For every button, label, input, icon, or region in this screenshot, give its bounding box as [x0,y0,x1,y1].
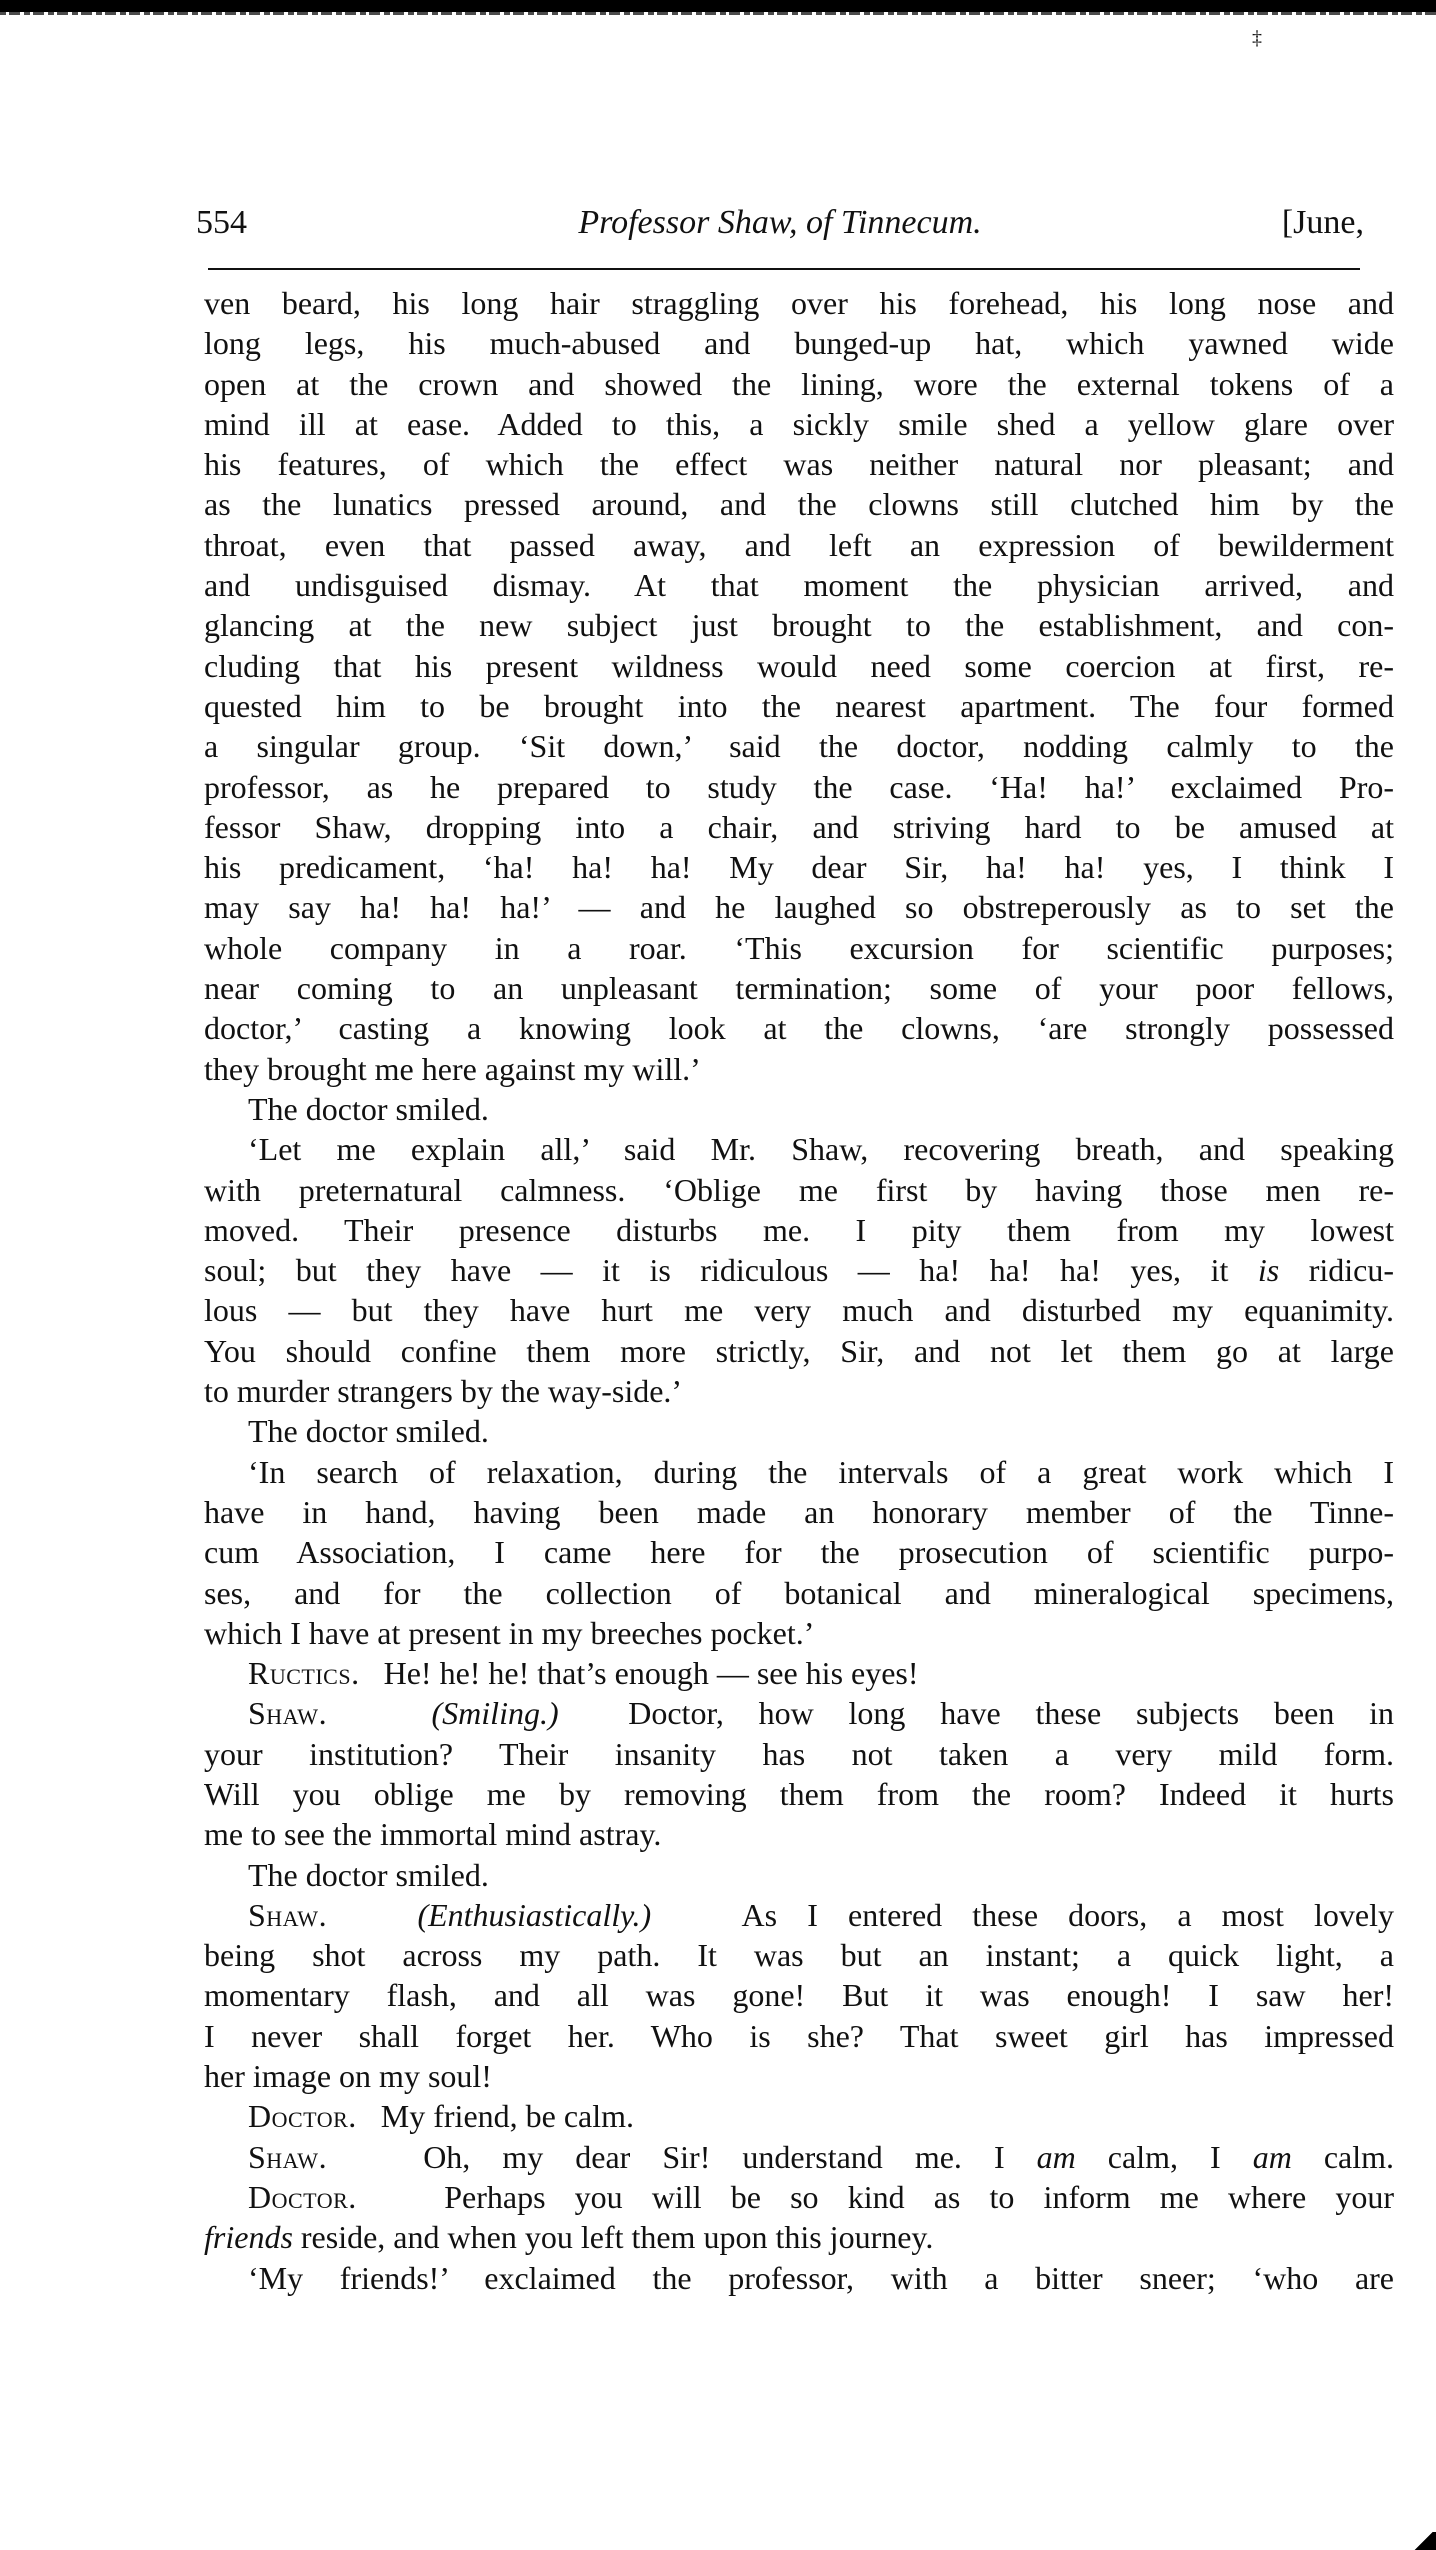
text-run: calm, I [1076,2139,1253,2175]
text-line: The doctor smiled. [204,1855,1394,1895]
text-line: as the lunatics pressed around, and the … [204,484,1394,524]
text-line: cum Association, I came here for the pro… [204,1532,1394,1572]
text-line: his features, of which the effect was ne… [204,444,1394,484]
italic-run: friends [204,2219,293,2255]
text-line: ‘Let me explain all,’ said Mr. Shaw, rec… [204,1129,1394,1169]
text-line: Shaw. (Enthusiastically.) As I entered t… [204,1895,1394,1935]
italic-run: am [1253,2139,1292,2175]
text-line: lous — but they have hurt me very much a… [204,1290,1394,1330]
running-title: Professor Shaw, of Tinnecum. [196,204,1364,242]
text-line: whole company in a roar. ‘This excursion… [204,928,1394,968]
text-run: My friend, be calm. [381,2098,634,2134]
text-line: being shot across my path. It was but an… [204,1935,1394,1975]
running-month: [June, [1282,204,1364,242]
text-run: reside, and when you left them upon this… [293,2219,933,2255]
text-run: Doctor, how long have these subjects bee… [628,1695,1394,1731]
speaker-label: Shaw. [248,1695,327,1731]
text-line: Doctor. My friend, be calm. [204,2096,1394,2136]
text-line: mind ill at ease. Added to this, a sickl… [204,404,1394,444]
stage-direction: (Enthusiastically.) [417,1897,651,1933]
text-line: may say ha! ha! ha!’ — and he laughed so… [204,887,1394,927]
speaker-label: Shaw. [248,2139,327,2175]
text-run: soul; but they have — it is ridiculous —… [204,1252,1258,1288]
scan-top-edge [0,0,1436,12]
text-line: near coming to an unpleasant termination… [204,968,1394,1008]
italic-run: is [1258,1252,1279,1288]
text-line: You should confine them more strictly, S… [204,1331,1394,1371]
text-line: The doctor smiled. [204,1089,1394,1129]
text-line: cluding that his present wildness would … [204,646,1394,686]
stage-direction: (Smiling.) [432,1695,559,1731]
text-line: me to see the immortal mind astray. [204,1814,1394,1854]
text-line: which I have at present in my breeches p… [204,1613,1394,1653]
speaker-label: Shaw. [248,1897,327,1933]
text-line: ‘In search of relaxation, during the int… [204,1452,1394,1492]
text-line: Will you oblige me by removing them from… [204,1774,1394,1814]
speaker-label: Doctor. [248,2179,357,2215]
text-line: a singular group. ‘Sit down,’ said the d… [204,726,1394,766]
text-line: have in hand, having been made an honora… [204,1492,1394,1532]
text-line: friends reside, and when you left them u… [204,2217,1394,2257]
text-line: Ructics. He! he! he! that’s enough — see… [204,1653,1394,1693]
running-head: 554 Professor Shaw, of Tinnecum. [June, [196,198,1364,248]
text-run: He! he! he! that’s enough — see his eyes… [384,1655,919,1691]
header-rule [208,268,1360,270]
text-line: Shaw. (Smiling.) Doctor, how long have t… [204,1693,1394,1733]
text-line: Shaw. Oh, my dear Sir! understand me. I … [204,2137,1394,2177]
text-line: soul; but they have — it is ridiculous —… [204,1250,1394,1290]
speaker-label: Doctor. [248,2098,357,2134]
text-line: her image on my soul! [204,2056,1394,2096]
text-line: momentary flash, and all was gone! But i… [204,1975,1394,2015]
text-line: they brought me here against my will.’ [204,1049,1394,1089]
text-run: Oh, my dear Sir! understand me. I [423,2139,1036,2175]
text-line: The doctor smiled. [204,1411,1394,1451]
speaker-label: Ructics. [248,1655,360,1691]
text-line: moved. Their presence disturbs me. I pit… [204,1210,1394,1250]
text-line: ses, and for the collection of botanical… [204,1573,1394,1613]
scan-corner-shadow [1406,2532,1436,2550]
text-run: ridicu- [1279,1252,1394,1288]
text-line: doctor,’ casting a knowing look at the c… [204,1008,1394,1048]
text-line: quested him to be brought into the neare… [204,686,1394,726]
body-text: ven beard, his long hair straggling over… [204,283,1394,2298]
text-line: with preternatural calmness. ‘Oblige me … [204,1170,1394,1210]
text-line: glancing at the new subject just brought… [204,605,1394,645]
text-line: open at the crown and showed the lining,… [204,364,1394,404]
text-line: I never shall forget her. Who is she? Th… [204,2016,1394,2056]
italic-run: am [1037,2139,1076,2175]
text-line: ven beard, his long hair straggling over… [204,283,1394,323]
text-line: his predicament, ‘ha! ha! ha! My dear Si… [204,847,1394,887]
text-line: ‘My friends!’ exclaimed the professor, w… [204,2258,1394,2298]
text-line: long legs, his much-abused and bunged-up… [204,323,1394,363]
text-line: throat, even that passed away, and left … [204,525,1394,565]
margin-mark: ‡ [1252,28,1262,48]
text-line: your institution? Their insanity has not… [204,1734,1394,1774]
text-line: Doctor. Perhaps you will be so kind as t… [204,2177,1394,2217]
text-run: calm. [1292,2139,1394,2175]
text-line: professor, as he prepared to study the c… [204,767,1394,807]
text-line: fessor Shaw, dropping into a chair, and … [204,807,1394,847]
text-line: and undisguised dismay. At that moment t… [204,565,1394,605]
text-run: As I entered these doors, a most lovely [742,1897,1394,1933]
text-run: Perhaps you will be so kind as to inform… [444,2179,1394,2215]
text-line: to murder strangers by the way-side.’ [204,1371,1394,1411]
